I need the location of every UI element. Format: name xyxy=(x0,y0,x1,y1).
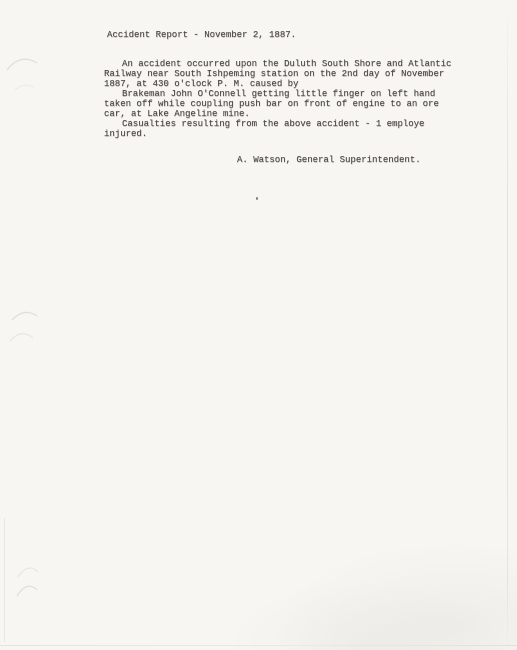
page-edge-line-right xyxy=(507,18,508,646)
report-body: An accident occurred upon the Duluth Sou… xyxy=(104,59,457,139)
report-title: Accident Report - November 2, 1887. xyxy=(107,30,296,40)
stray-ink-speck xyxy=(256,197,258,200)
signature-line: A. Watson, General Superintendent. xyxy=(237,155,421,165)
page-edge-line-bottom xyxy=(0,645,517,646)
scanned-document-page: Accident Report - November 2, 1887. An a… xyxy=(0,0,517,650)
paragraph-accident-cause: Brakeman John O'Connell getting little f… xyxy=(104,89,457,119)
paragraph-casualties: Casualties resulting from the above acci… xyxy=(104,119,457,139)
paragraph-accident-summary: An accident occurred upon the Duluth Sou… xyxy=(104,59,457,89)
